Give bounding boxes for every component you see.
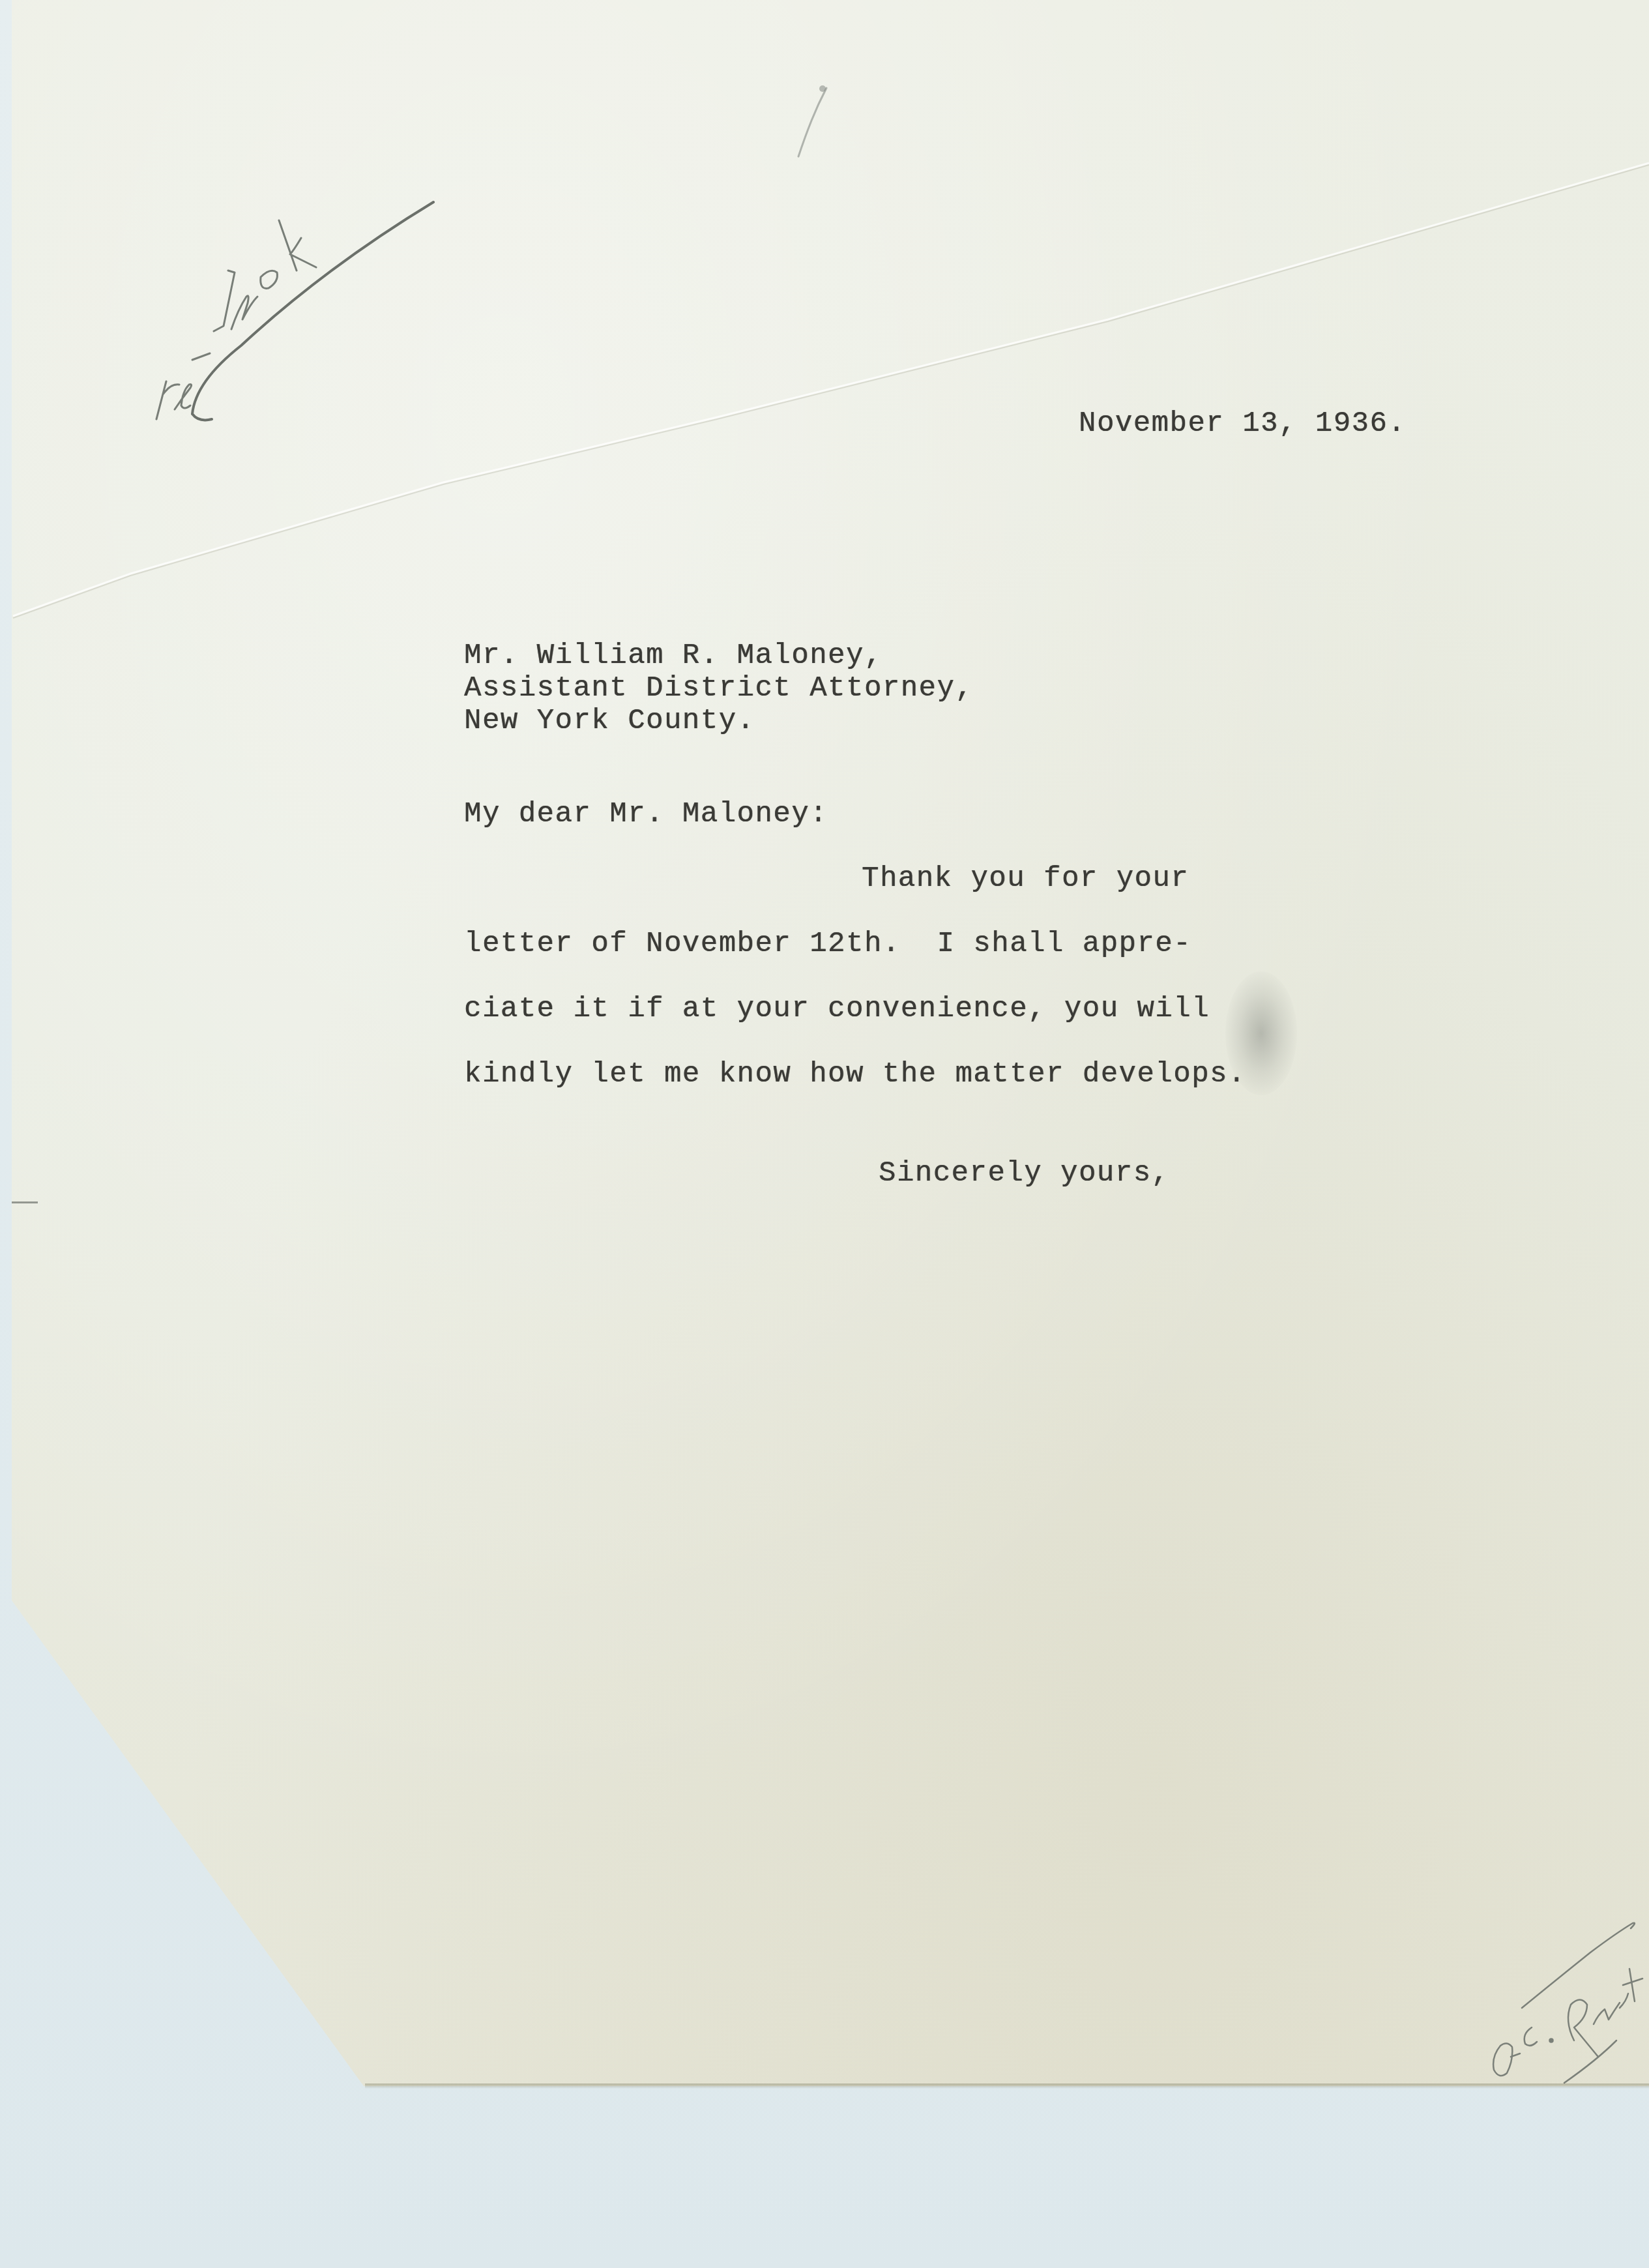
ink-smudge [1225, 971, 1297, 1095]
recipient-location: New York County. [464, 707, 755, 735]
body-line-1: Thank you for your [862, 864, 1189, 893]
body-line-4: kindly let me know how the matter develo… [464, 1060, 1246, 1089]
salutation: My dear Mr. Maloney: [464, 800, 828, 829]
paper-bottom-shadow [365, 2084, 1649, 2089]
letter-paper [12, 0, 1649, 2086]
body-line-3: ciate it if at your convenience, you wil… [464, 995, 1210, 1024]
letter-closing: Sincerely yours, [879, 1159, 1169, 1188]
recipient-name: Mr. William R. Maloney, [464, 641, 883, 670]
recipient-title: Assistant District Attorney, [464, 674, 973, 703]
edge-pencil-mark [12, 1201, 38, 1203]
body-line-2: letter of November 12th. I shall appre- [464, 930, 1191, 958]
letter-date: November 13, 1936. [1079, 409, 1406, 438]
